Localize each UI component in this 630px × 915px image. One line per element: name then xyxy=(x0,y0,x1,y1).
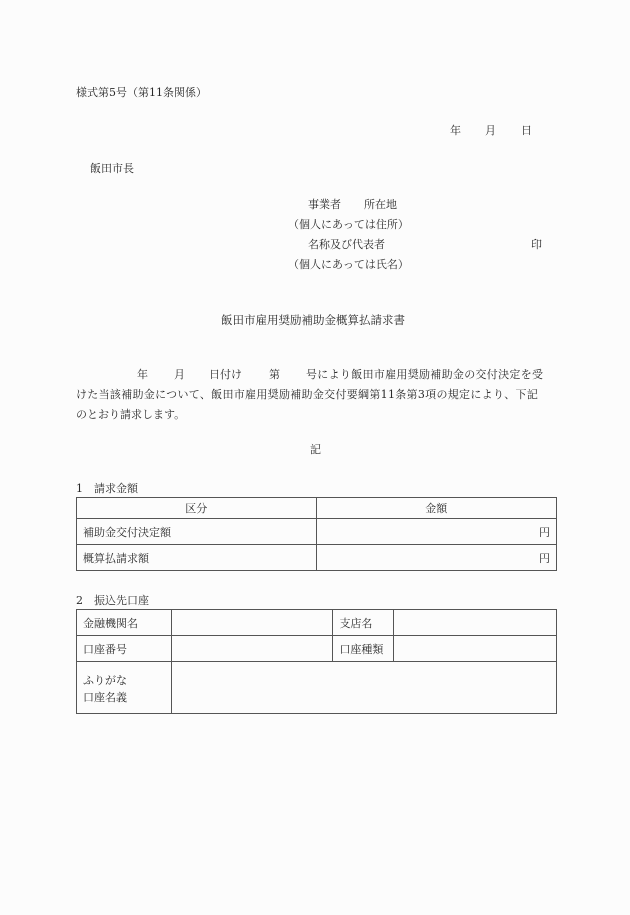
account-type-label: 口座種類 xyxy=(333,636,394,662)
bank-name-label: 金融機関名 xyxy=(77,610,172,636)
bank-name-field[interactable] xyxy=(171,610,333,636)
amount-field[interactable]: 円 xyxy=(316,519,557,545)
row-label: 概算払請求額 xyxy=(77,545,317,571)
ki-marker: 記 xyxy=(310,443,321,457)
seal-mark: 印 xyxy=(531,238,542,252)
applicant-block: 事業者所在地 （個人にあっては住所） 名称及び代表者印 （個人にあっては氏名） xyxy=(288,198,409,278)
row-label: 補助金交付決定額 xyxy=(77,519,317,545)
form-number: 様式第5号（第11条関係） xyxy=(76,86,207,100)
date-year: 年 xyxy=(450,124,461,138)
address-label: 所在地 xyxy=(364,198,397,212)
column-header-category: 区分 xyxy=(77,498,317,519)
account-number-field[interactable] xyxy=(171,636,333,662)
section1-heading: 1 請求金額 xyxy=(76,482,138,496)
section2-heading: 2 振込先口座 xyxy=(76,594,149,608)
date-day: 日 xyxy=(521,124,532,138)
table-row: 金融機関名 支店名 xyxy=(77,610,557,636)
name-label: 名称及び代表者 xyxy=(308,238,385,252)
table-row: ふりがな 口座名義 xyxy=(77,662,557,714)
account-holder-label: ふりがな 口座名義 xyxy=(77,662,172,714)
branch-name-label: 支店名 xyxy=(333,610,394,636)
column-header-amount: 金額 xyxy=(316,498,557,519)
addressee: 飯田市長 xyxy=(90,162,134,176)
account-type-field[interactable] xyxy=(394,636,557,662)
account-number-label: 口座番号 xyxy=(77,636,172,662)
table-row: 概算払請求額 円 xyxy=(77,545,557,571)
applicant-label: 事業者 xyxy=(308,198,341,212)
body-line-2: けた当該補助金について、飯田市雇用奨励補助金交付要綱第11条第3項の規定により、… xyxy=(76,388,538,402)
bank-account-table: 金融機関名 支店名 口座番号 口座種類 ふりがな 口座名義 xyxy=(76,609,557,714)
document-title: 飯田市雇用奨励補助金概算払請求書 xyxy=(221,313,405,327)
address-note: （個人にあっては住所） xyxy=(288,218,409,231)
date-month: 月 xyxy=(485,124,496,138)
account-holder-field[interactable] xyxy=(171,662,556,714)
branch-name-field[interactable] xyxy=(394,610,557,636)
name-note: （個人にあっては氏名） xyxy=(288,258,409,271)
table-row: 口座番号 口座種類 xyxy=(77,636,557,662)
table-row: 補助金交付決定額 円 xyxy=(77,519,557,545)
body-line-3: のとおり請求します。 xyxy=(76,408,185,422)
amount-field[interactable]: 円 xyxy=(316,545,557,571)
request-amount-table: 区分 金額 補助金交付決定額 円 概算払請求額 円 xyxy=(76,497,557,571)
